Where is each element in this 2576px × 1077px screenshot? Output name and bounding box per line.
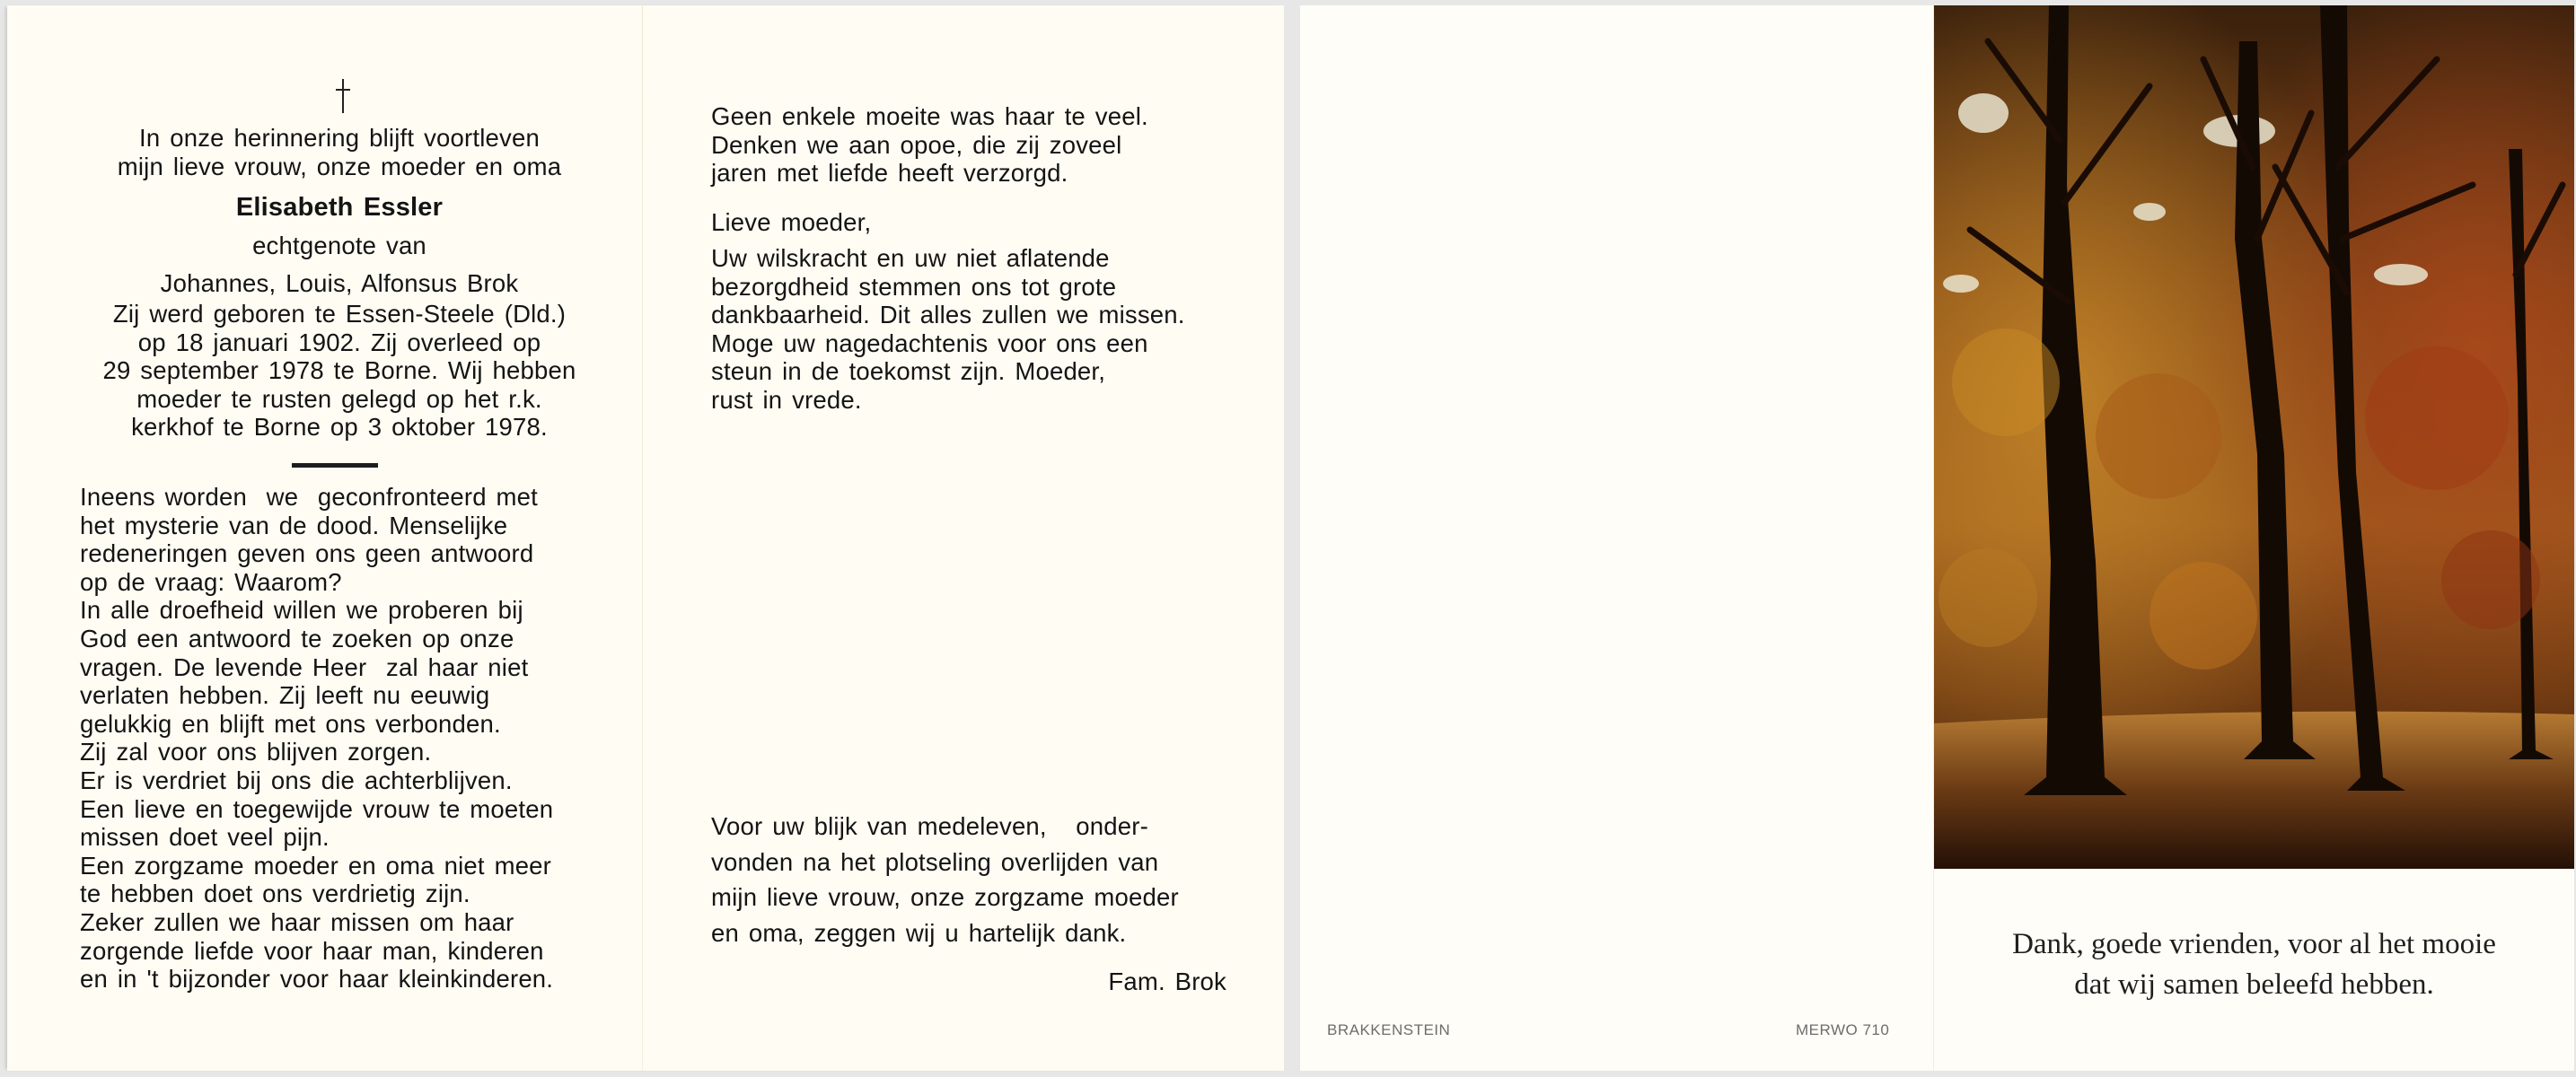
thanks-text: Voor uw blijk van medeleven, onder- vond… — [711, 809, 1250, 950]
autumn-forest-photo — [1934, 5, 2574, 869]
reflection-line: missen doet veel pijn. — [80, 823, 610, 852]
biography: Zij werd geboren te Essen-Steele (Dld.) … — [79, 300, 600, 442]
reflection-line: Een zorgzame moeder en oma niet meer — [80, 852, 610, 880]
reflection-line: vragen. De levende Heer zal haar niet — [80, 653, 610, 682]
deceased-name: Elisabeth Essler — [79, 191, 600, 223]
intro-line: mijn lieve vrouw, onze moeder en oma — [79, 153, 600, 181]
reflection-line: Zij zal voor ons blijven zorgen. — [80, 738, 610, 766]
panel-cover: Dank, goede vrienden, voor al het mooie … — [1934, 5, 2574, 1071]
care-text: Geen enkele moeite was haar te veel. Den… — [711, 102, 1250, 188]
publisher-imprint: BRAKKENSTEIN — [1327, 1021, 1450, 1039]
bio-line: moeder te rusten gelegd op het r.k. — [79, 385, 600, 414]
bio-line: 29 september 1978 te Borne. Wij hebben — [79, 356, 600, 385]
separator-rule — [292, 463, 378, 468]
reflection-line: verlaten hebben. Zij leeft nu eeuwig — [80, 681, 610, 710]
panel-tribute: Geen enkele moeite was haar te veel. Den… — [643, 5, 1284, 1071]
bio-line: Zij werd geboren te Essen-Steele (Dld.) — [79, 300, 600, 328]
tribute-text: Uw wilskracht en uw niet aflatende bezor… — [711, 244, 1250, 415]
greeting: Lieve moeder, — [711, 208, 1250, 237]
signature: Fam. Brok — [1108, 964, 1226, 1000]
reflection-line: Zeker zullen we haar missen om haar — [80, 908, 610, 937]
reflection-line: redeneringen geven ons geen antwoord — [80, 539, 610, 568]
reflection-line: God een antwoord te zoeken op onze — [80, 625, 610, 653]
reflection-line: Een lieve en toegewijde vrouw te moeten — [80, 795, 610, 824]
reflection-line: op de vraag: Waarom? — [80, 568, 610, 597]
series-code: MERWO 710 — [1796, 1021, 1889, 1039]
reflection-text: Ineens worden we geconfronteerd methet m… — [80, 483, 610, 994]
reflection-line: het mysterie van de dood. Menselijke — [80, 512, 610, 540]
reflection-line: Er is verdriet bij ons die achterblijven… — [80, 766, 610, 795]
memorial-card-inside: In onze herinnering blijft voortleven mi… — [7, 5, 1284, 1071]
reflection-line: gelukkig en blijft met ons verbonden. — [80, 710, 610, 739]
reflection-line: te hebben doet ons verdrietig zijn. — [80, 880, 610, 908]
panel-back: BRAKKENSTEIN MERWO 710 — [1300, 5, 1933, 1071]
panel-obituary: In onze herinnering blijft voortleven mi… — [7, 5, 642, 1071]
reflection-line: en in 't bijzonder voor haar kleinkinder… — [80, 965, 610, 994]
reflection-line: zorgende liefde voor haar man, kinderen — [80, 937, 610, 966]
spouse-name: Johannes, Louis, Alfonsus Brok — [79, 268, 600, 299]
reflection-line: In alle droefheid willen we proberen bij — [80, 596, 610, 625]
bio-line: op 18 januari 1902. Zij overleed op — [79, 328, 600, 357]
reflection-line: Ineens worden we geconfronteerd met — [80, 483, 610, 512]
bio-line: kerkhof te Borne op 3 oktober 1978. — [79, 413, 600, 442]
verse-text: Dank, goede vrienden, voor al het mooie … — [1934, 924, 2574, 1005]
intro-line: In onze herinnering blijft voortleven — [79, 124, 600, 153]
spouse-label: echtgenote van — [79, 231, 600, 261]
cross-icon — [336, 79, 350, 113]
intro-text: In onze herinnering blijft voortleven mi… — [79, 124, 600, 181]
memorial-card-outside: BRAKKENSTEIN MERWO 710 — [1300, 5, 2574, 1071]
